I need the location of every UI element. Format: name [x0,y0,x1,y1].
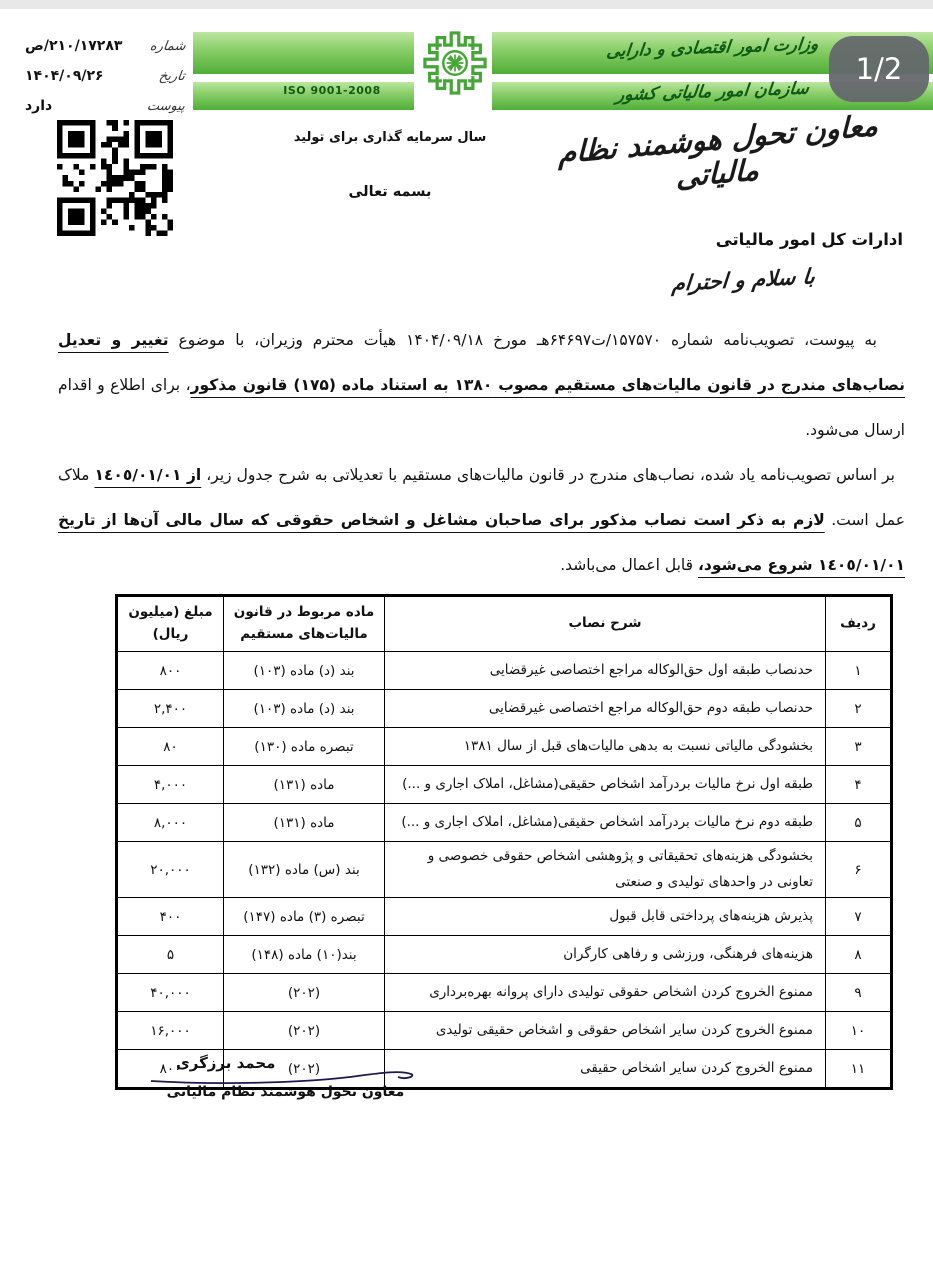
page-counter-badge: 1/2 [829,36,929,102]
emphasized-text: لازم به ذکر است نصاب مذکور برای صاحبان م… [58,511,905,574]
top-gray-strip [0,0,933,9]
letterhead-band-top-left [193,32,414,74]
nisab-amounts-table: ردیف شرح نصاب ماده مربوط در قانون مالیات… [115,594,893,1090]
law-article-cell: تبصره (۳) ماده (۱۴۷) [224,898,385,936]
row-number-cell: ۳ [826,728,892,766]
amount-cell: ۴۰,۰۰۰ [117,974,224,1012]
header-law-article: ماده مربوط در قانون مالیات‌های مستقیم [224,596,385,652]
emphasized-text: از ١٤٠٥/٠١/٠١ [94,466,201,484]
nisab-description-cell: ممنوع الخروج کردن سایر اشخاص حقیقی [385,1050,826,1089]
row-number-cell: ۱ [826,652,892,690]
nisab-description-cell: پذیرش هزینه‌های پرداختی قابل قبول [385,898,826,936]
nisab-description-cell: حدنصاب طبقه دوم حق‌الوکاله مراجع اختصاصی… [385,690,826,728]
row-number-cell: ۹ [826,974,892,1012]
row-number-cell: ۸ [826,936,892,974]
letter-page: ISO 9001-2008 وزارت امور اقتصادی و دارای… [0,0,933,1280]
page-counter-text: 1/2 [856,52,903,86]
salutation-handwriting: با سلام و احترام [671,264,816,296]
date-label: تاریخ [158,69,186,84]
table-header: ردیف شرح نصاب ماده مربوط در قانون مالیات… [117,596,892,652]
recipient-line: ادارات کل امور مالیاتی [716,230,903,249]
amount-cell: ۴۰۰ [117,898,224,936]
table-header-row: ردیف شرح نصاب ماده مربوط در قانون مالیات… [117,596,892,652]
tax-administration-logo-icon [408,14,502,112]
iso-certification-label: ISO 9001-2008 [252,84,412,97]
table-row: ۹ممنوع الخروج کردن اشخاص حقوقی تولیدی دا… [117,974,892,1012]
law-article-cell: ماده (۱۳۱) [224,804,385,842]
paragraph-2: بر اساس تصویب‌نامه یاد شده، نصاب‌های مند… [58,453,905,588]
deputy-calligraphy-title: معاون تحول هوشمند نظام مالیاتی [533,106,903,207]
amount-cell: ۵ [117,936,224,974]
signature-block: محمد برزگری معاون تحول هوشمند نظام مالیا… [148,1054,423,1100]
table-row: ۸هزینه‌های فرهنگی، ورزشی و رفاهی کارگران… [117,936,892,974]
nisab-description-cell: بخشودگی مالیاتی نسبت به بدهی مالیات‌های … [385,728,826,766]
row-number-cell: ۷ [826,898,892,936]
row-number-cell: ۲ [826,690,892,728]
table-row: ۷پذیرش هزینه‌های پرداختی قابل قبولتبصره … [117,898,892,936]
letter-number-row: شماره ۲۱۰/۱۷۲۸۳/ص [25,38,185,68]
letter-meta-block: شماره ۲۱۰/۱۷۲۸۳/ص تاریخ ۱۴۰۴/۰۹/۲۶ پیوست… [25,38,185,128]
year-slogan: سال سرمایه گذاری برای تولید [255,130,525,145]
nisab-description-cell: طبقه دوم نرخ مالیات بردرآمد اشخاص حقیقی(… [385,804,826,842]
row-number-cell: ۱۰ [826,1012,892,1050]
nisab-description-cell: طبقه اول نرخ مالیات بردرآمد اشخاص حقیقی(… [385,766,826,804]
body-text: بر اساس تصویب‌نامه یاد شده، نصاب‌های مند… [201,466,895,484]
law-article-cell: بند (د) ماده (۱۰۳) [224,690,385,728]
amount-cell: ۸,۰۰۰ [117,804,224,842]
nisab-description-cell: هزینه‌های فرهنگی، ورزشی و رفاهی کارگران [385,936,826,974]
row-number-cell: ۴ [826,766,892,804]
nisab-description-cell: ممنوع الخروج کردن اشخاص حقوقی تولیدی دار… [385,974,826,1012]
row-number-cell: ۱۱ [826,1050,892,1089]
amount-cell: ۴,۰۰۰ [117,766,224,804]
table-row: ۵طبقه دوم نرخ مالیات بردرآمد اشخاص حقیقی… [117,804,892,842]
number-label: شماره [148,39,186,54]
law-article-cell: بند(۱۰) ماده (۱۴۸) [224,936,385,974]
law-article-cell: بند (س) ماده (۱۳۲) [224,842,385,898]
table-row: ۲حدنصاب طبقه دوم حق‌الوکاله مراجع اختصاص… [117,690,892,728]
amount-cell: ۸۰۰ [117,652,224,690]
paragraph-1: به پیوست، تصویب‌نامه شماره ۱۵۷۵۷۰/ت۶۴۶۹۷… [58,318,905,453]
nisab-description-cell: بخشودگی هزینه‌های تحقیقاتی و پژوهشی اشخا… [385,842,826,898]
attachment-value: دارد [25,98,52,114]
header-nisab-description: شرح نصاب [385,596,826,652]
row-number-cell: ۵ [826,804,892,842]
header-row-number: ردیف [826,596,892,652]
table-row: ۱۰ممنوع الخروج کردن سایر اشخاص حقوقی و ا… [117,1012,892,1050]
amount-cell: ۲۰,۰۰۰ [117,842,224,898]
table-row: ۴طبقه اول نرخ مالیات بردرآمد اشخاص حقیقی… [117,766,892,804]
nisab-description-cell: حدنصاب طبقه اول حق‌الوکاله مراجع اختصاصی… [385,652,826,690]
table-row: ۳بخشودگی مالیاتی نسبت به بدهی مالیات‌های… [117,728,892,766]
qr-code-image [55,120,175,236]
header-amount: مبلغ (میلیون ریال) [117,596,224,652]
law-article-cell: (۲۰۲) [224,974,385,1012]
attachment-label: پیوست [146,99,186,114]
body-text: به پیوست، تصویب‌نامه شماره ۱۵۷۵۷۰/ت۶۴۶۹۷… [169,331,877,349]
number-value: ۲۱۰/۱۷۲۸۳/ص [25,38,122,54]
table-body: ۱حدنصاب طبقه اول حق‌الوکاله مراجع اختصاص… [117,652,892,1089]
amount-cell: ۲,۴۰۰ [117,690,224,728]
law-article-cell: (۲۰۲) [224,1012,385,1050]
nisab-description-cell: ممنوع الخروج کردن سایر اشخاص حقوقی و اشخ… [385,1012,826,1050]
law-article-cell: تبصره ماده (۱۳۰) [224,728,385,766]
row-number-cell: ۶ [826,842,892,898]
law-article-cell: بند (د) ماده (۱۰۳) [224,652,385,690]
date-value: ۱۴۰۴/۰۹/۲۶ [25,68,104,84]
table-row: ۶بخشودگی هزینه‌های تحقیقاتی و پژوهشی اشخ… [117,842,892,898]
besmellah-text: بسمه تعالی [285,184,495,200]
amount-cell: ۸۰ [117,728,224,766]
signer-title: معاون تحول هوشمند نظام مالیاتی [148,1084,423,1100]
letter-body: به پیوست، تصویب‌نامه شماره ۱۵۷۵۷۰/ت۶۴۶۹۷… [58,318,905,588]
law-article-cell: ماده (۱۳۱) [224,766,385,804]
body-text: قابل اعمال می‌باشد. [560,556,698,574]
amount-cell: ۱۶,۰۰۰ [117,1012,224,1050]
letter-date-row: تاریخ ۱۴۰۴/۰۹/۲۶ [25,68,185,98]
table-row: ۱حدنصاب طبقه اول حق‌الوکاله مراجع اختصاص… [117,652,892,690]
